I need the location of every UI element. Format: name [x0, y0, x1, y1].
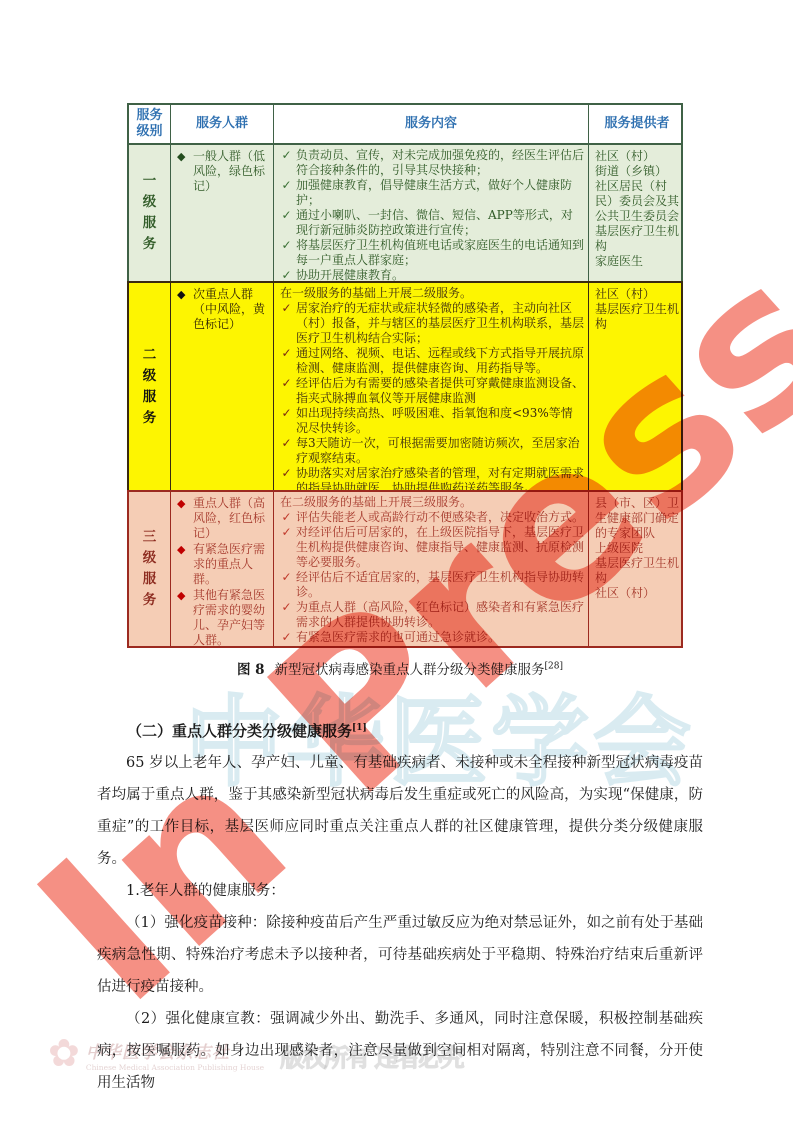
- list-item: ✓对经评估后可居家的，在上级医院指导下，基层医疗卫生机构提供健康咨询、健康指导、…: [280, 525, 584, 570]
- provider-line: 街道（乡镇）: [595, 164, 681, 179]
- check-icon: ✓: [280, 525, 293, 570]
- list-item: ✓负责动员、宣传，对未完成加强免疫的，经医生评估后符合接种条件的，引导其尽快接种…: [280, 148, 584, 178]
- level3-label-cell: 三级服务: [129, 492, 170, 646]
- list-item: ◆ 重点人群（高风险，红色标记）: [177, 496, 269, 541]
- provider-line: 社区居民（村民）委员会及其公共卫生委员会: [595, 179, 681, 224]
- content-item: 通过小喇叭、一封信、微信、短信、APP等形式，对现行新冠肺炎防控政策进行宣传；: [296, 208, 584, 238]
- content-item: 每3天随访一次，可根据需要加密随访频次，至居家治疗观察结束。: [296, 436, 584, 466]
- content-item: 协助落实对居家治疗感染者的管理，对有定期就医需求的指导协助就医，协助提供购药送药…: [296, 466, 584, 490]
- list-item: ✓协助开展健康教育。: [280, 268, 584, 281]
- level3-content-cell: 在二级服务的基础上开展三级服务。 ✓评估失能老人或高龄行动不便感染者，决定收治方…: [273, 492, 588, 646]
- document-page: 中华医学会 服务级别 服务人群 服务内容 服务提供者 一级服务 ◆ 一般人群（低…: [0, 0, 793, 1122]
- list-item: ◆ 次重点人群（中风险，黄色标记）: [177, 287, 269, 332]
- content-item: 协助开展健康教育。: [296, 268, 404, 281]
- content-item: 经评估后为有需要的感染者提供可穿戴健康监测设备、指夹式脉搏血氧仪等开展健康监测: [296, 376, 584, 406]
- level3-label: 三级服务: [142, 527, 157, 611]
- figure-caption: 图 8新型冠状病毒感染重点人群分级分类健康服务[28]: [97, 658, 703, 678]
- provider-line: 基层医疗卫生机构: [595, 224, 681, 254]
- list-item: ✓为重点人群（高风险，红色标记）感染者和有紧急医疗需求的人群提供协助转诊。: [280, 600, 584, 630]
- check-icon: ✓: [280, 238, 293, 268]
- content-item: 对经评估后可居家的，在上级医院指导下，基层医疗卫生机构提供健康咨询、健康指导、健…: [296, 525, 584, 570]
- level3-people-cell: ◆ 重点人群（高风险，红色标记） ◆ 有紧急医疗需求的重点人群。 ◆ 其他有紧急…: [170, 492, 273, 646]
- list-item: ✓协助落实对居家治疗感染者的管理，对有定期就医需求的指导协助就医，协助提供购药送…: [280, 466, 584, 490]
- header-service-population: 服务人群: [170, 105, 273, 143]
- header-service-content: 服务内容: [273, 105, 588, 143]
- diamond-bullet-icon: ◆: [177, 496, 190, 541]
- check-icon: ✓: [280, 208, 293, 238]
- check-icon: ✓: [280, 178, 293, 208]
- paragraph: （1）强化疫苗接种：除接种疫苗后产生严重过敏反应为绝对禁忌证外，如之前有处于基础…: [97, 907, 703, 1003]
- check-icon: ✓: [280, 346, 293, 376]
- content-item: 评估失能老人或高龄行动不便感染者，决定收治方式。: [296, 510, 584, 525]
- list-item: ◆ 其他有紧急医疗需求的婴幼儿、孕产妇等人群。: [177, 588, 269, 646]
- check-icon: ✓: [280, 301, 293, 346]
- list-item: ✓居家治疗的无症状或症状轻微的感染者，主动向社区（村）报备，并与辖区的基层医疗卫…: [280, 301, 584, 346]
- list-item: ✓经评估后为有需要的感染者提供可穿戴健康监测设备、指夹式脉搏血氧仪等开展健康监测: [280, 376, 584, 406]
- list-item: ✓每3天随访一次，可根据需要加密随访频次，至居家治疗观察结束。: [280, 436, 584, 466]
- content-item: 加强健康教育，倡导健康生活方式，做好个人健康防护；: [296, 178, 584, 208]
- check-icon: ✓: [280, 148, 293, 178]
- list-item: ◆ 一般人群（低风险，绿色标记）: [177, 149, 269, 194]
- diamond-bullet-icon: ◆: [177, 287, 190, 332]
- level2-people-cell: ◆ 次重点人群（中风险，黄色标记）: [170, 283, 273, 490]
- table-header-row: 服务级别 服务人群 服务内容 服务提供者: [127, 103, 683, 145]
- content-item: 将基层医疗卫生机构值班电话或家庭医生的电话通知到每一户重点人群家庭；: [296, 238, 584, 268]
- list-item: ✓如出现持续高热、呼吸困难、指氧饱和度<93%等情况尽快转诊。: [280, 406, 584, 436]
- level2-provider-cell: 社区（村） 基层医疗卫生机构: [588, 283, 685, 490]
- list-item: ✓通过网络、视频、电话、远程或线下方式指导开展抗原检测、健康监测，提供健康咨询、…: [280, 346, 584, 376]
- provider-line: 社区（村）: [595, 149, 681, 164]
- check-icon: ✓: [280, 570, 293, 600]
- paragraph: 1.老年人群的健康服务：: [97, 875, 703, 907]
- level3-provider-cell: 县（市、区）卫生健康部门确定的专家团队 上级医院 基层医疗卫生机构 社区（村）: [588, 492, 685, 646]
- provider-line: 社区（村）: [595, 586, 681, 601]
- content-item: 为重点人群（高风险，红色标记）感染者和有紧急医疗需求的人群提供协助转诊。: [296, 600, 584, 630]
- diamond-bullet-icon: ◆: [177, 149, 190, 194]
- citation-ref: [1]: [352, 723, 367, 733]
- table-row-level3: 三级服务 ◆ 重点人群（高风险，红色标记） ◆ 有紧急医疗需求的重点人群。 ◆ …: [127, 490, 683, 648]
- content-item: 通过网络、视频、电话、远程或线下方式指导开展抗原检测、健康监测，提供健康咨询、用…: [296, 346, 584, 376]
- citation-ref: [28]: [545, 662, 563, 672]
- provider-line: 基层医疗卫生机构: [595, 302, 681, 332]
- check-icon: ✓: [280, 466, 293, 490]
- people-text: 次重点人群（中风险，黄色标记）: [193, 287, 269, 332]
- content-item: 有紧急医疗需求的也可通过急诊就诊。: [296, 630, 500, 645]
- header-service-level: 服务级别: [129, 105, 170, 143]
- level1-label-cell: 一级服务: [129, 145, 170, 281]
- check-icon: ✓: [280, 600, 293, 630]
- provider-line: 县（市、区）卫生健康部门确定的专家团队: [595, 496, 681, 541]
- paragraph: 65 岁以上老年人、孕产妇、儿童、有基础疾病者、未接种或未全程接种新型冠状病毒疫…: [97, 747, 703, 875]
- provider-line: 基层医疗卫生机构: [595, 556, 681, 586]
- content-item: 经评估后不适宜居家的，基层医疗卫生机构指导协助转诊。: [296, 570, 584, 600]
- content-item: 居家治疗的无症状或症状轻微的感染者，主动向社区（村）报备，并与辖区的基层医疗卫生…: [296, 301, 584, 346]
- check-icon: ✓: [280, 630, 293, 645]
- level1-provider-cell: 社区（村） 街道（乡镇） 社区居民（村民）委员会及其公共卫生委员会 基层医疗卫生…: [588, 145, 685, 281]
- level2-content-cell: 在一级服务的基础上开展二级服务。 ✓居家治疗的无症状或症状轻微的感染者，主动向社…: [273, 283, 588, 490]
- people-text: 其他有紧急医疗需求的婴幼儿、孕产妇等人群。: [193, 588, 269, 646]
- provider-line: 社区（村）: [595, 287, 681, 302]
- content-item: 如出现持续高热、呼吸困难、指氧饱和度<93%等情况尽快转诊。: [296, 406, 584, 436]
- body-text: （二）重点人群分类分级健康服务[1] 65 岁以上老年人、孕产妇、儿童、有基础疾…: [97, 712, 703, 1099]
- list-item: ✓有紧急医疗需求的也可通过急诊就诊。: [280, 630, 584, 645]
- level1-label: 一级服务: [142, 171, 157, 255]
- table-row-level1: 一级服务 ◆ 一般人群（低风险，绿色标记） ✓负责动员、宣传，对未完成加强免疫的…: [127, 143, 683, 283]
- header-service-provider: 服务提供者: [588, 105, 685, 143]
- table-row-level2: 二级服务 ◆ 次重点人群（中风险，黄色标记） 在一级服务的基础上开展二级服务。 …: [127, 281, 683, 492]
- figure-caption-text: 新型冠状病毒感染重点人群分级分类健康服务: [275, 662, 545, 678]
- list-item: ◆ 有紧急医疗需求的重点人群。: [177, 542, 269, 587]
- list-item: ✓经评估后不适宜居家的，基层医疗卫生机构指导协助转诊。: [280, 570, 584, 600]
- check-icon: ✓: [280, 268, 293, 281]
- level1-people-cell: ◆ 一般人群（低风险，绿色标记）: [170, 145, 273, 281]
- list-item: ✓评估失能老人或高龄行动不便感染者，决定收治方式。: [280, 510, 584, 525]
- level2-label: 二级服务: [142, 345, 157, 429]
- diamond-bullet-icon: ◆: [177, 542, 190, 587]
- plum-blossom-logo-icon: ✿: [48, 1032, 80, 1074]
- people-text: 有紧急医疗需求的重点人群。: [193, 542, 269, 587]
- people-text: 一般人群（低风险，绿色标记）: [193, 149, 269, 194]
- section-heading-text: （二）重点人群分类分级健康服务: [127, 722, 352, 740]
- content-intro: 在一级服务的基础上开展二级服务。: [280, 286, 584, 301]
- provider-line: 上级医院: [595, 541, 681, 556]
- check-icon: ✓: [280, 436, 293, 466]
- provider-line: 家庭医生: [595, 254, 681, 269]
- list-item: ✓加强健康教育，倡导健康生活方式，做好个人健康防护；: [280, 178, 584, 208]
- content-item: 负责动员、宣传，对未完成加强免疫的，经医生评估后符合接种条件的，引导其尽快接种；: [296, 148, 584, 178]
- list-item: ✓通过小喇叭、一封信、微信、短信、APP等形式，对现行新冠肺炎防控政策进行宣传；: [280, 208, 584, 238]
- diamond-bullet-icon: ◆: [177, 588, 190, 646]
- list-item: ✓将基层医疗卫生机构值班电话或家庭医生的电话通知到每一户重点人群家庭；: [280, 238, 584, 268]
- content-intro: 在二级服务的基础上开展三级服务。: [280, 495, 584, 510]
- level2-label-cell: 二级服务: [129, 283, 170, 490]
- figure-number: 图 8: [237, 662, 265, 678]
- people-text: 重点人群（高风险，红色标记）: [193, 496, 269, 541]
- check-icon: ✓: [280, 406, 293, 436]
- section-heading: （二）重点人群分类分级健康服务[1]: [97, 712, 703, 747]
- check-icon: ✓: [280, 376, 293, 406]
- service-level-table: 服务级别 服务人群 服务内容 服务提供者 一级服务 ◆ 一般人群（低风险，绿色标…: [127, 103, 683, 648]
- paragraph: （2）强化健康宣教：强调减少外出、勤洗手、多通风，同时注意保暖，积极控制基础疾病…: [97, 1003, 703, 1099]
- level1-content-cell: ✓负责动员、宣传，对未完成加强免疫的，经医生评估后符合接种条件的，引导其尽快接种…: [273, 145, 588, 281]
- check-icon: ✓: [280, 510, 293, 525]
